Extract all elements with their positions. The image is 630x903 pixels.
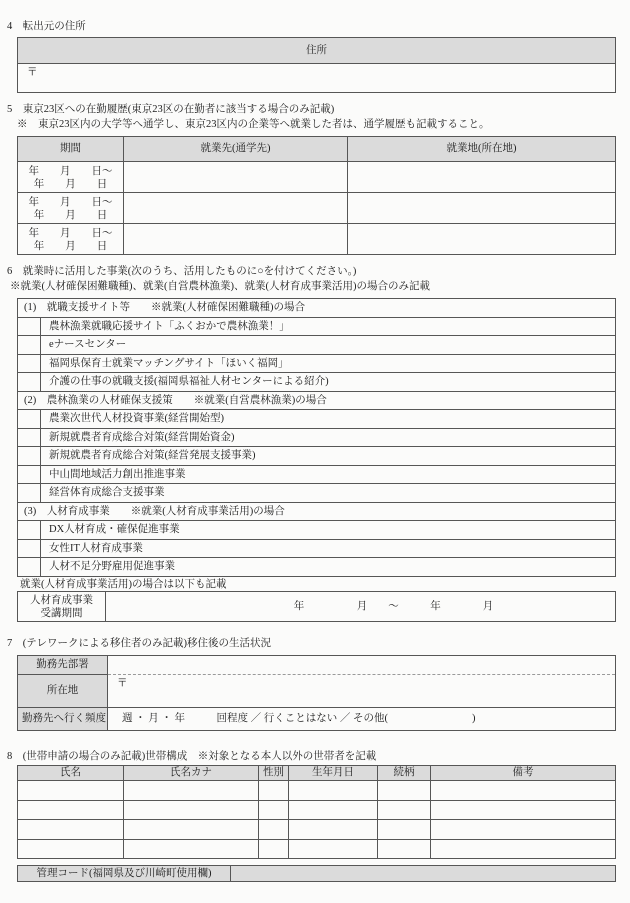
table-row: 年 月 日～年 月 日 (18, 224, 616, 255)
table-row (18, 781, 616, 801)
name-input-cell[interactable] (18, 800, 124, 820)
table-row: 介護の仕事の就職支援(福岡県福祉人材センターによる紹介) (18, 373, 616, 392)
table-row (18, 800, 616, 820)
period-input-cell[interactable]: 年 月 日～年 月 日 (18, 162, 124, 193)
section5-work-history-table: 期間 就業先(通学先) 就業地(所在地) 年 月 日～年 月 日 年 月 日～年… (17, 136, 616, 255)
program-item-label: DX人材育成・確保促進事業 (41, 521, 616, 540)
program-item-label: 農林漁業就職応援サイト「ふくおかで農林漁業！」 (41, 317, 616, 336)
employer-input-cell[interactable] (124, 162, 348, 193)
department-input-cell[interactable] (108, 656, 616, 675)
table-row: 中山間地域活力創出推進事業 (18, 465, 616, 484)
section6-sub-note: 就業(人材育成事業活用)の場合は以下も記載 (20, 578, 227, 591)
table-row: 年 月 日～年 月 日 (18, 162, 616, 193)
relationship-input-cell[interactable] (378, 800, 431, 820)
section8-household-table: 氏名 氏名カナ 性別 生年月日 続柄 備考 (17, 765, 616, 859)
program-item-label: 介護の仕事の就職支援(福岡県福祉人材センターによる紹介) (41, 373, 616, 392)
sex-input-cell[interactable] (259, 781, 289, 801)
table-row: 年 月 日～年 月 日 (18, 193, 616, 224)
kana-input-cell[interactable] (124, 800, 259, 820)
circle-mark-cell[interactable] (18, 521, 41, 540)
program-item-label: 新規就農者育成総合対策(経営開始資金) (41, 428, 616, 447)
program-item-label: 新規就農者育成総合対策(経営発展支援事業) (41, 447, 616, 466)
worksite-address-input-cell[interactable]: 〒 (108, 675, 616, 708)
commute-frequency-label: 勤務先へ行く頻度 (18, 708, 108, 731)
program-item-label: 女性IT人材育成事業 (41, 539, 616, 558)
name-input-cell[interactable] (18, 839, 124, 859)
program-item-label: 農業次世代人材投資事業(経営開始型) (41, 410, 616, 429)
section6-programs-table: (1) 就職支援サイト等 ※就業(人材確保困難職種)の場合 農林漁業就職応援サイ… (17, 298, 616, 577)
circle-mark-cell[interactable] (18, 465, 41, 484)
col-header-employer: 就業先(通学先) (124, 137, 348, 162)
birthdate-input-cell[interactable] (289, 839, 378, 859)
circle-mark-cell[interactable] (18, 336, 41, 355)
sex-input-cell[interactable] (259, 820, 289, 840)
commute-frequency-options[interactable]: 週 ・ 月 ・ 年 回程度 ／ 行くことはない ／ その他( ) (108, 708, 616, 731)
circle-mark-cell[interactable] (18, 484, 41, 503)
col-header-location: 就業地(所在地) (348, 137, 616, 162)
period-input-cell[interactable]: 年 月 日～年 月 日 (18, 224, 124, 255)
table-row: 経営体育成総合支援事業 (18, 484, 616, 503)
training-period-table: 人材育成事業受講期間 年 月 ～ 年 月 (17, 591, 616, 622)
section4-title: 4 転出元の住所 (7, 20, 86, 33)
birthdate-input-cell[interactable] (289, 820, 378, 840)
table-row: eナースセンター (18, 336, 616, 355)
sex-input-cell[interactable] (259, 800, 289, 820)
worksite-address-label: 所在地 (18, 675, 108, 708)
table-row: 人材不足分野雇用促進事業 (18, 558, 616, 577)
table-row: DX人材育成・確保促進事業 (18, 521, 616, 540)
circle-mark-cell[interactable] (18, 354, 41, 373)
circle-mark-cell[interactable] (18, 447, 41, 466)
col-header-sex: 性別 (259, 766, 289, 781)
section8-title: 8 (世帯申請の場合のみ記載)世帯構成 ※対象となる本人以外の世帯者を記載 (7, 750, 376, 763)
department-label: 勤務先部署 (18, 656, 108, 675)
circle-mark-cell[interactable] (18, 317, 41, 336)
remarks-input-cell[interactable] (431, 839, 616, 859)
col-header-name: 氏名 (18, 766, 124, 781)
name-input-cell[interactable] (18, 781, 124, 801)
kana-input-cell[interactable] (124, 781, 259, 801)
program-item-label: 福岡県保育士就業マッチングサイト「ほいく福岡」 (41, 354, 616, 373)
table-row (18, 820, 616, 840)
group-header: (3) 人材育成事業 ※就業(人材育成事業活用)の場合 (18, 502, 616, 521)
program-item-label: 中山間地域活力創出推進事業 (41, 465, 616, 484)
training-period-label: 人材育成事業受講期間 (18, 592, 106, 622)
management-code-input-cell[interactable] (231, 866, 616, 882)
remarks-input-cell[interactable] (431, 800, 616, 820)
col-header-name-kana: 氏名カナ (124, 766, 259, 781)
table-row: 新規就農者育成総合対策(経営発展支援事業) (18, 447, 616, 466)
location-input-cell[interactable] (348, 162, 616, 193)
kana-input-cell[interactable] (124, 839, 259, 859)
section4-address-table: 住所 〒 (17, 37, 616, 93)
training-period-input-cell[interactable]: 年 月 ～ 年 月 (106, 592, 616, 622)
table-row: 女性IT人材育成事業 (18, 539, 616, 558)
section6-title: 6 就業時に活用した事業(次のうち、活用したものに○を付けてください。) (7, 265, 356, 278)
employer-input-cell[interactable] (124, 193, 348, 224)
circle-mark-cell[interactable] (18, 373, 41, 392)
birthdate-input-cell[interactable] (289, 781, 378, 801)
address-input-cell[interactable]: 〒 (18, 64, 616, 93)
remarks-input-cell[interactable] (431, 781, 616, 801)
relationship-input-cell[interactable] (378, 820, 431, 840)
col-header-relationship: 続柄 (378, 766, 431, 781)
birthdate-input-cell[interactable] (289, 800, 378, 820)
relationship-input-cell[interactable] (378, 781, 431, 801)
location-input-cell[interactable] (348, 193, 616, 224)
table-row: 新規就農者育成総合対策(経営開始資金) (18, 428, 616, 447)
section7-title: 7 (テレワークによる移住者のみ記載)移住後の生活状況 (7, 637, 271, 650)
circle-mark-cell[interactable] (18, 539, 41, 558)
section7-telework-table: 勤務先部署 所在地 〒 勤務先へ行く頻度 週 ・ 月 ・ 年 回程度 ／ 行くこ… (17, 655, 616, 731)
employer-input-cell[interactable] (124, 224, 348, 255)
col-header-remarks: 備考 (431, 766, 616, 781)
section5-title: 5 東京23区への在勤履歴(東京23区の在勤者に該当する場合のみ記載) (7, 103, 334, 116)
circle-mark-cell[interactable] (18, 428, 41, 447)
management-code-table: 管理コード(福岡県及び川崎町使用欄) (17, 865, 616, 882)
sex-input-cell[interactable] (259, 839, 289, 859)
table-row: 農業次世代人材投資事業(経営開始型) (18, 410, 616, 429)
group-header: (1) 就職支援サイト等 ※就業(人材確保困難職種)の場合 (18, 299, 616, 318)
table-row (18, 839, 616, 859)
section5-note: ※ 東京23区内の大学等へ通学し、東京23区内の企業等へ就業した者は、通学履歴も… (17, 118, 490, 131)
circle-mark-cell[interactable] (18, 410, 41, 429)
management-code-label: 管理コード(福岡県及び川崎町使用欄) (18, 866, 231, 882)
col-header-birthdate: 生年月日 (289, 766, 378, 781)
program-item-label: 人材不足分野雇用促進事業 (41, 558, 616, 577)
section6-note: ※就業(人材確保困難職種)、就業(自営農林漁業)、就業(人材育成事業活用)の場合… (10, 280, 430, 293)
relationship-input-cell[interactable] (378, 839, 431, 859)
program-item-label: 経営体育成総合支援事業 (41, 484, 616, 503)
location-input-cell[interactable] (348, 224, 616, 255)
form-page: 4 転出元の住所 住所 〒 5 東京23区への在勤履歴(東京23区の在勤者に該当… (0, 0, 630, 903)
remarks-input-cell[interactable] (431, 820, 616, 840)
circle-mark-cell[interactable] (18, 558, 41, 577)
period-input-cell[interactable]: 年 月 日～年 月 日 (18, 193, 124, 224)
address-header-cell: 住所 (18, 38, 616, 64)
table-row: 福岡県保育士就業マッチングサイト「ほいく福岡」 (18, 354, 616, 373)
col-header-period: 期間 (18, 137, 124, 162)
group-header: (2) 農林漁業の人材確保支援策 ※就業(自営農林漁業)の場合 (18, 391, 616, 410)
program-item-label: eナースセンター (41, 336, 616, 355)
kana-input-cell[interactable] (124, 820, 259, 840)
name-input-cell[interactable] (18, 820, 124, 840)
table-row: 農林漁業就職応援サイト「ふくおかで農林漁業！」 (18, 317, 616, 336)
